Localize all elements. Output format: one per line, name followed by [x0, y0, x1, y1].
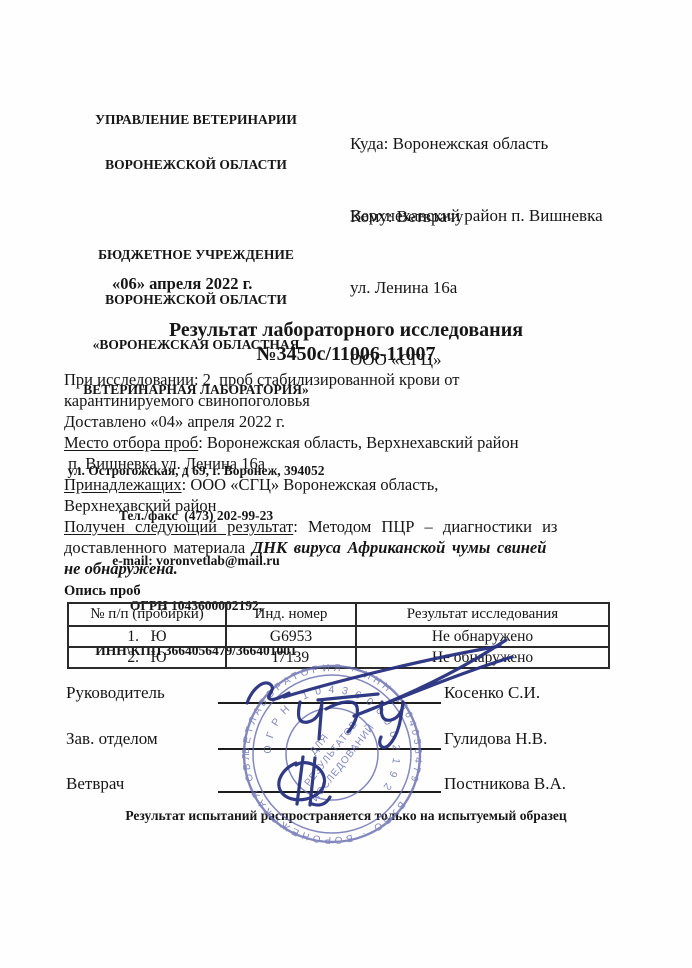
- samples-caption: Опись проб: [64, 583, 141, 600]
- recipient-line: ул. Ленина 16а: [350, 276, 640, 300]
- body-text-part: : ООО «СГЦ» Воронежская область,: [182, 475, 439, 494]
- table-cell-sample-no: 2. Ю: [68, 647, 226, 668]
- body-text-part: При исследовании: 2 проб стабилизированн…: [64, 370, 460, 389]
- table-row: 2. Ю I7139 Не обнаружено: [68, 647, 609, 668]
- signature-line: [218, 748, 441, 750]
- footnote: Результат испытаний распространяется тол…: [0, 808, 692, 824]
- body-line: Верхнехавский район: [64, 495, 639, 516]
- body-text-part: Доставлено «04» апреля 2022 г.: [64, 412, 285, 431]
- report-body: При исследовании: 2 проб стабилизированн…: [64, 369, 639, 579]
- body-text-part: доставленного материала: [64, 538, 252, 557]
- table-cell-sample-no: 1. Ю: [68, 626, 226, 647]
- body-line: доставленного материала ДНК вируса Африк…: [64, 537, 639, 558]
- document-date: «06» апреля 2022 г.: [112, 274, 252, 294]
- body-line: п. Вишневка ул. Ленина 16а: [64, 453, 639, 474]
- samples-table: № п/п (пробирки) Инд. номер Результат ис…: [67, 602, 610, 669]
- signature-name: Косенко С.И.: [444, 683, 540, 703]
- recipient-line: Куда: Воронежская область: [350, 132, 640, 156]
- body-text-part: карантинируемого свинопоголовья: [64, 391, 310, 410]
- table-cell-result: Не обнаружено: [356, 626, 609, 647]
- table-cell-ind-number: I7139: [226, 647, 356, 668]
- vet-signature-ink: [310, 797, 330, 805]
- body-emphasis: не обнаружена.: [64, 559, 178, 578]
- body-text-part: п. Вишневка ул. Ленина 16а: [64, 454, 265, 473]
- org-name-line: ВОРОНЕЖСКОЙ ОБЛАСТИ: [50, 292, 342, 307]
- document-title-line: Результат лабораторного исследования: [0, 318, 692, 342]
- document-number: №3450с/11006-11007: [0, 342, 692, 366]
- org-name-line: БЮДЖЕТНОЕ УЧРЕЖДЕНИЕ: [50, 247, 342, 262]
- signature-role: Руководитель: [66, 683, 165, 703]
- authority-line: УПРАВЛЕНИЕ ВЕТЕРИНАРИИ: [50, 112, 342, 127]
- body-line: Принадлежащих: ООО «СГЦ» Воронежская обл…: [64, 474, 639, 495]
- body-line: При исследовании: 2 проб стабилизированн…: [64, 369, 639, 390]
- signature-role: Зав. отделом: [66, 729, 158, 749]
- recipient-attention: Кому: Ветврачу: [350, 207, 463, 227]
- body-underlined: Получен следующий результат: [64, 517, 293, 536]
- authority-line: ВОРОНЕЖСКОЙ ОБЛАСТИ: [50, 157, 342, 172]
- table-header-cell: Результат исследования: [356, 603, 609, 626]
- body-line: Получен следующий результат: Методом ПЦР…: [64, 516, 639, 537]
- signature-line: [218, 791, 441, 793]
- body-line: Доставлено «04» апреля 2022 г.: [64, 411, 639, 432]
- letterhead-spacer: [50, 202, 342, 217]
- signature-name: Постникова В.А.: [444, 774, 566, 794]
- body-underlined: Принадлежащих: [64, 475, 182, 494]
- body-text-part: Верхнехавский район: [64, 496, 216, 515]
- body-line: карантинируемого свинопоголовья: [64, 390, 639, 411]
- signature-row: Ветврач Постникова В.А.: [0, 774, 692, 798]
- body-line: не обнаружена.: [64, 558, 639, 579]
- table-header-cell: Инд. номер: [226, 603, 356, 626]
- signature-role: Ветврач: [66, 774, 124, 794]
- scanned-lab-report-page: УПРАВЛЕНИЕ ВЕТЕРИНАРИИ ВОРОНЕЖСКОЙ ОБЛАС…: [0, 0, 692, 968]
- body-line: Место отбора проб: Воронежская область, …: [64, 432, 639, 453]
- document-title: Результат лабораторного исследования №34…: [0, 318, 692, 366]
- signature-row: Руководитель Косенко С.И.: [0, 683, 692, 707]
- signature-line: [218, 702, 441, 704]
- body-text-part: : Методом ПЦР – диагностики из: [293, 517, 557, 536]
- table-header-cell: № п/п (пробирки): [68, 603, 226, 626]
- body-text-part: : Воронежская область, Верхнехавский рай…: [198, 433, 518, 452]
- signature-row: Зав. отделом Гулидова Н.В.: [0, 729, 692, 753]
- body-emphasis: ДНК вируса Африканской чумы свиней: [252, 538, 547, 557]
- table-cell-ind-number: G6953: [226, 626, 356, 647]
- body-underlined: Место отбора проб: [64, 433, 198, 452]
- signature-name: Гулидова Н.В.: [444, 729, 547, 749]
- table-header-row: № п/п (пробирки) Инд. номер Результат ис…: [68, 603, 609, 626]
- table-row: 1. Ю G6953 Не обнаружено: [68, 626, 609, 647]
- table-cell-result: Не обнаружено: [356, 647, 609, 668]
